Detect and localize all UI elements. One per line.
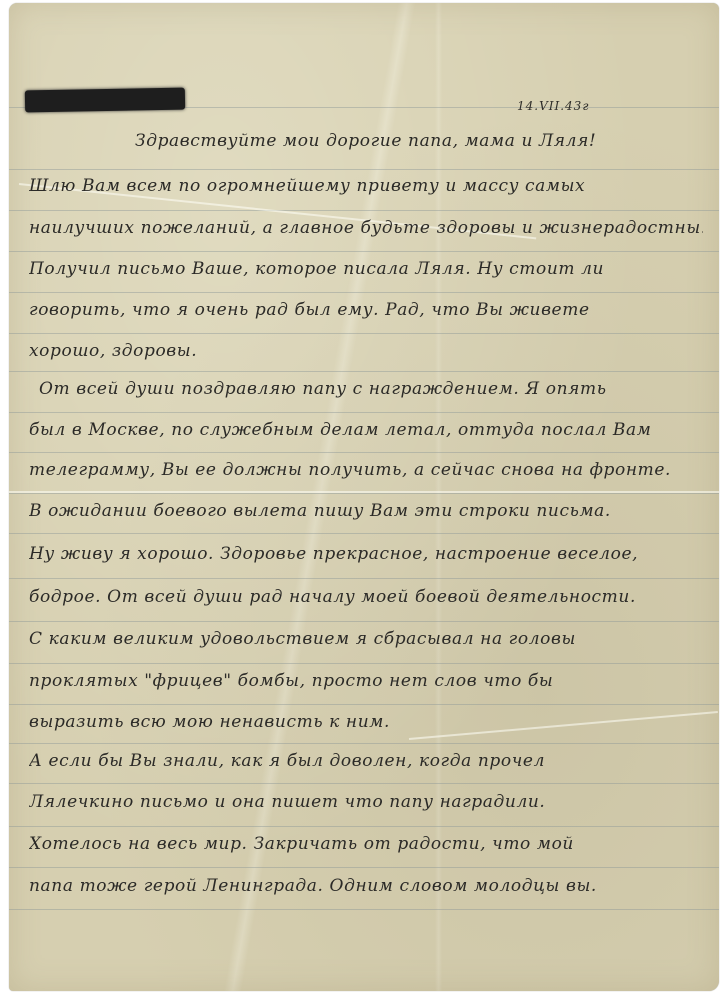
letter-line: Ну живу я хорошо. Здоровье прекрасное, н… <box>29 544 703 564</box>
ruled-line <box>9 783 719 784</box>
letter-line: телеграмму, Вы ее должны получить, а сей… <box>29 460 703 480</box>
ruled-line <box>9 412 719 413</box>
letter-line: папа тоже герой Ленинграда. Одним словом… <box>29 876 703 896</box>
ruled-line <box>9 452 719 453</box>
letter-line: В ожидании боевого вылета пишу Вам эти с… <box>29 501 703 521</box>
redacted-header <box>25 88 185 113</box>
ruled-line <box>9 867 719 868</box>
letter-line: хорошо, здоровы. <box>29 341 703 361</box>
letter-line: наилучших пожеланий, а главное будьте зд… <box>29 218 703 238</box>
letter-line: С каким великим удовольствием я сбрасыва… <box>29 629 703 649</box>
ruled-line <box>9 371 719 372</box>
ruled-line <box>9 909 719 910</box>
letter-line: Хотелось на весь мир. Закричать от радос… <box>29 834 703 854</box>
letter-line: А если бы Вы знали, как я был доволен, к… <box>29 751 703 771</box>
ruled-line <box>9 533 719 534</box>
ruled-line <box>9 333 719 334</box>
ruled-line <box>9 292 719 293</box>
letter-line: выразить всю мою ненависть к ним. <box>29 712 703 732</box>
ruled-line <box>9 493 719 494</box>
ruled-line <box>9 826 719 827</box>
letter-line: был в Москве, по служебным делам летал, … <box>29 420 703 440</box>
letter-line: говорить, что я очень рад был ему. Рад, … <box>29 300 703 320</box>
ruled-line <box>9 578 719 579</box>
letter-line: проклятых "фрицев" бомбы, просто нет сло… <box>29 671 703 691</box>
paper-crease <box>9 491 719 493</box>
ruled-line <box>9 743 719 744</box>
ruled-line <box>9 169 719 170</box>
ruled-line <box>9 251 719 252</box>
ruled-line <box>9 621 719 622</box>
letter-line: бодрое. От всей души рад началу моей бое… <box>29 587 703 607</box>
letter-line: Получил письмо Ваше, которое писала Ляля… <box>29 259 703 279</box>
ruled-line <box>9 704 719 705</box>
letter-paper: 14.VII.43г Здравствуйте мои дорогие папа… <box>9 3 719 991</box>
letter-greeting: Здравствуйте мои дорогие папа, мама и Ля… <box>135 131 703 151</box>
letter-line: Лялечкино письмо и она пишет что папу на… <box>29 792 703 812</box>
letter-line: От всей души поздравляю папу с награжден… <box>39 379 703 399</box>
ruled-line <box>9 210 719 211</box>
letter-date: 14.VII.43г <box>517 99 589 113</box>
letter-line: Шлю Вам всем по огромнейшему привету и м… <box>29 176 703 196</box>
ruled-line <box>9 663 719 664</box>
